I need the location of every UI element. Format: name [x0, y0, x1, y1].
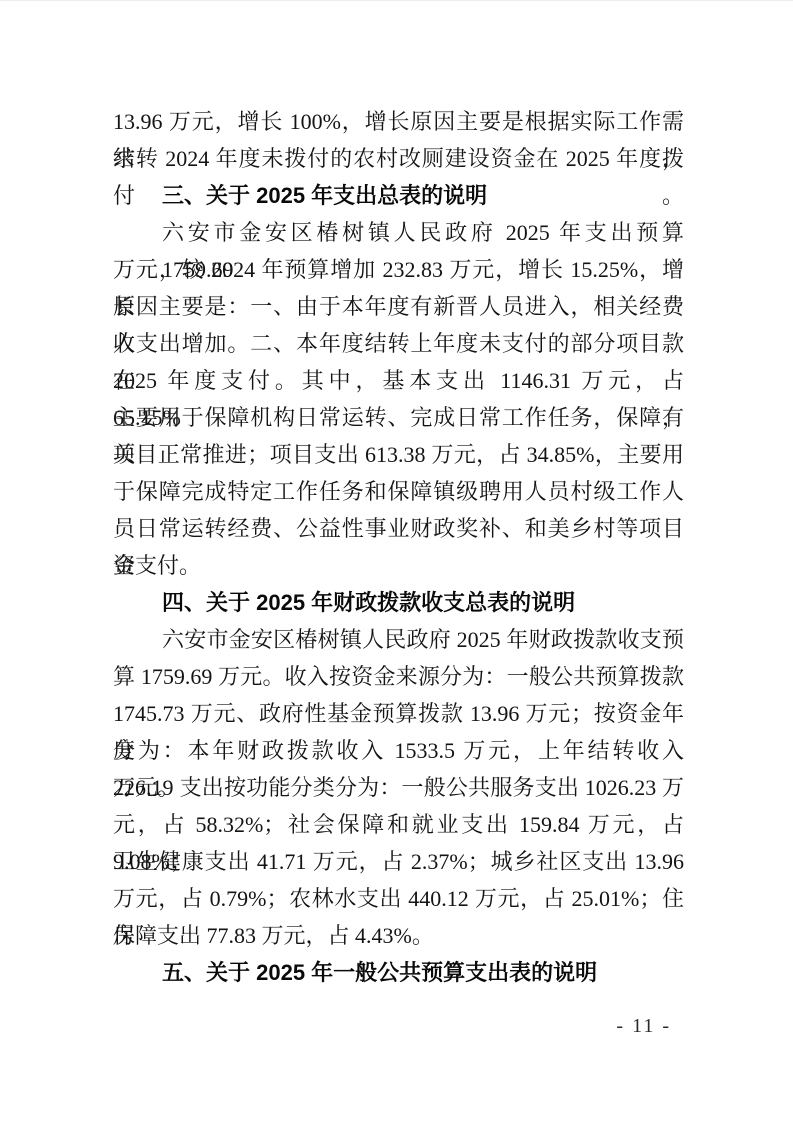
text-line: 万元。支出按功能分类分为：一般公共服务支出 1026.23 万 [113, 769, 684, 806]
text-line: 万元，占 0.79%；农林水支出 440.12 万元，占 25.01%；住房 [113, 880, 684, 917]
text-line: 于保障完成特定工作任务和保障镇级聘用人员村级工作人 [113, 473, 684, 510]
text-line: 六安市金安区椿树镇人民政府 2025 年支出预算 1759.69 [113, 214, 684, 251]
text-line: 结转 2024 年度未拨付的农村改厕建设资金在 2025 年度拨付。 [113, 140, 684, 177]
text-line: 万元，较 2024 年预算增加 232.83 万元，增长 15.25%，增长 [113, 251, 684, 288]
text-line: 金支付。 [113, 547, 684, 584]
text-line: 算 1759.69 万元。收入按资金来源分为：一般公共预算拨款 [113, 658, 684, 695]
text-line: 分为：本年财政拨款收入 1533.5 万元，上年结转收入 226.19 [113, 732, 684, 769]
text-line: 2025 年度支付。其中，基本支出 1146.31 万元，占 65.15%， [113, 362, 684, 399]
text-line: 原因主要是：一、由于本年度有新晋人员进入，相关经费收 [113, 288, 684, 325]
section-heading-4: 四、关于 2025 年财政拨款收支总表的说明 [113, 584, 684, 621]
text-line: 六安市金安区椿树镇人民政府 2025 年财政拨款收支预 [113, 621, 684, 658]
text-line: 元，占 58.32%；社会保障和就业支出 159.84 万元，占 9.08%； [113, 806, 684, 843]
text-line: 13.96 万元，增长 100%，增长原因主要是根据实际工作需求， [113, 103, 684, 140]
text-line: 入支出增加。二、本年度结转上年度未支付的部分项目款在 [113, 325, 684, 362]
page-number: - 11 - [616, 1015, 671, 1038]
text-line: 主要用于保障机构日常运转、完成日常工作任务，保障有关 [113, 399, 684, 436]
text-line: 员日常运转经费、公益性事业财政奖补、和美乡村等项目资 [113, 510, 684, 547]
document-page: 13.96 万元，增长 100%，增长原因主要是根据实际工作需求， 结转 202… [0, 0, 793, 1122]
text-line: 保障支出 77.83 万元，占 4.43%。 [113, 917, 684, 954]
text-line: 项目正常推进；项目支出 613.38 万元，占 34.85%，主要用 [113, 436, 684, 473]
text-line: 1745.73 万元、政府性基金预算拨款 13.96 万元；按资金年度 [113, 695, 684, 732]
document-body: 13.96 万元，增长 100%，增长原因主要是根据实际工作需求， 结转 202… [113, 103, 684, 991]
section-heading-5: 五、关于 2025 年一般公共预算支出表的说明 [113, 954, 684, 991]
text-line: 卫生健康支出 41.71 万元，占 2.37%；城乡社区支出 13.96 [113, 843, 684, 880]
